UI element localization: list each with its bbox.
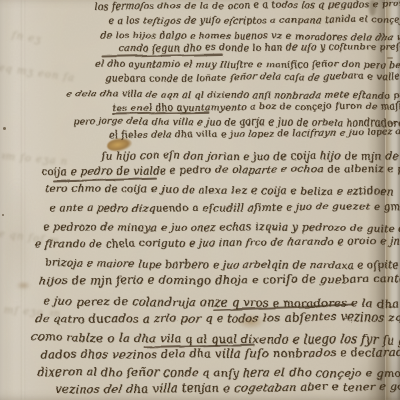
manuscript-line: e a los teſtigos de yuſo eſcriptos a can… bbox=[107, 13, 400, 26]
manuscript-line: brizoja e maiore lupe barbero e juo arbe… bbox=[44, 257, 400, 271]
manuscript-line: coija e pedro de vialde e pedro de olapa… bbox=[40, 162, 400, 177]
manuscript-line: vezinos del dha villa tenjan e cogetaban… bbox=[55, 378, 400, 395]
manuscript-line: e dela dha villa de aqn al ql diziendo a… bbox=[66, 88, 400, 101]
manuscript-line: guebara conde de loñate ſeñor dela caſa … bbox=[104, 70, 400, 84]
manuscript-line: tes enel dho ayuntamyento a boz de conçe… bbox=[112, 100, 400, 113]
manuscript-line: e firando de chela coriguto e juo inan f… bbox=[35, 234, 400, 250]
manuscript-page: ſeq mʒ eon ſaꝛm ſo eʒa nʒe qn ſoſ mmſ eʒ… bbox=[0, 0, 400, 400]
manuscript-line: dixeron al dho ſeñor conde q anſy hera e… bbox=[36, 364, 400, 379]
manuscript-line: dados dhos vezinos dela dha villa ſuſo n… bbox=[40, 344, 400, 361]
manuscript-line: ſu hijo con eſn don jorian e juo de coij… bbox=[100, 149, 398, 162]
manuscript-line: tero chmo de coija e juo de alexa lez e … bbox=[45, 182, 392, 197]
manuscript-line: el fieles dela dha villa e juo lopez de … bbox=[108, 126, 400, 140]
manuscript-line: hijos de mjn ferio e domingo dhoja e cor… bbox=[38, 270, 400, 287]
manuscript-line: los fermoſos dhos de la de ocon e a todo… bbox=[93, 0, 400, 12]
manuscript-line: el dho ayuntamio el muy Illuſtre e manif… bbox=[94, 58, 400, 70]
manuscript-line: e ante a pedro dizquendo a eſcudill aſim… bbox=[48, 200, 400, 214]
manuscript-line: de qatro ducados a zrlo por q e todos lo… bbox=[34, 309, 400, 325]
manuscript-line: e pedrozo de minaya e juo onez echas izq… bbox=[42, 220, 400, 234]
pen-flourish-stroke bbox=[52, 176, 156, 181]
manuscript-text-layer: los fermoſos dhos de la de ocon e a todo… bbox=[0, 0, 400, 400]
manuscript-line: cando ſegun dho es donde lo han de uſo y… bbox=[118, 40, 400, 54]
manuscript-line: e juo perez de colandruja onze q vros e … bbox=[42, 293, 400, 310]
